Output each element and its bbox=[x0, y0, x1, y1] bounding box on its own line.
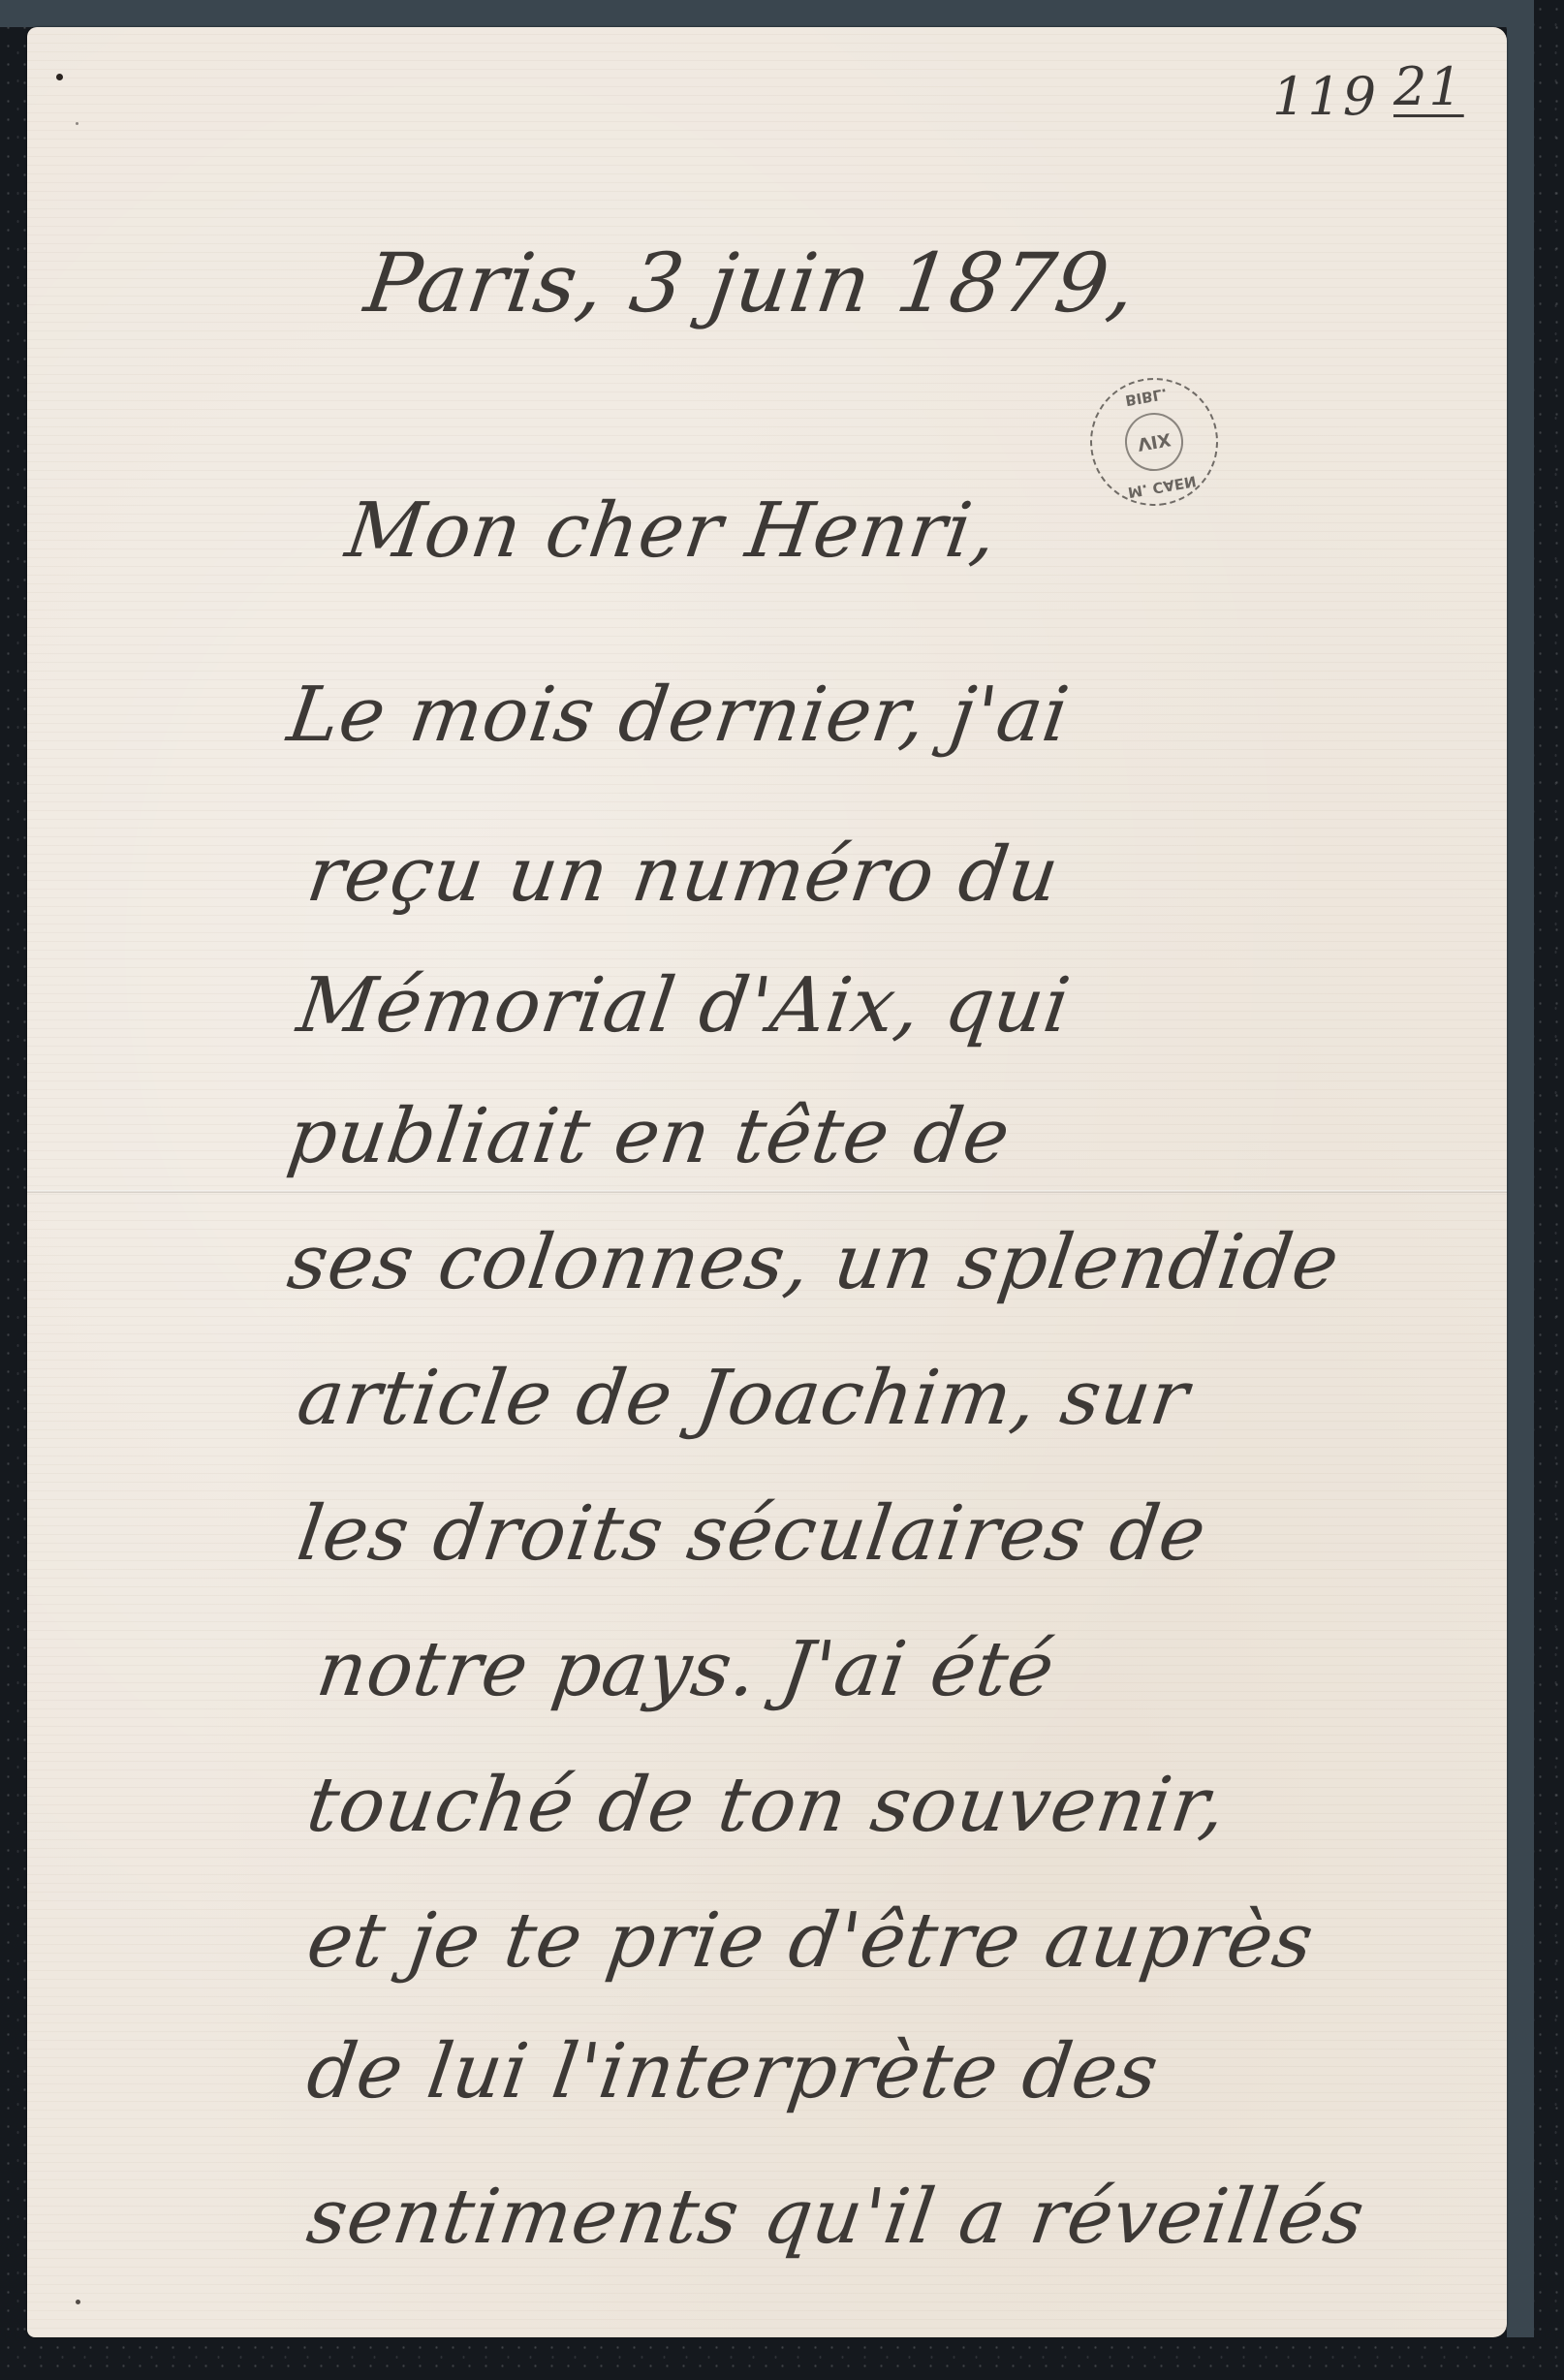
fold-crease bbox=[27, 1190, 1507, 1193]
letter-line: touché de ton souvenir, bbox=[302, 1762, 1232, 1849]
stamp-center: XIV bbox=[1120, 408, 1188, 476]
letter-line: ses colonnes, un splendide bbox=[283, 1219, 1345, 1306]
letter-line: publiait en tête de bbox=[283, 1093, 1016, 1180]
ink-speck bbox=[76, 2300, 80, 2304]
ink-speck bbox=[56, 74, 63, 80]
letter-line: article de Joachim, sur bbox=[293, 1355, 1195, 1442]
letter-sheet: 119 21 M. CAEN XIV BIBL. Paris, 3 juin 1… bbox=[27, 27, 1507, 2337]
letter-line: sentiments qu'il a réveillés bbox=[302, 2174, 1370, 2261]
mount-strip-right bbox=[1507, 0, 1534, 2337]
letter-salutation: Mon cher Henri, bbox=[341, 487, 1003, 575]
ink-speck bbox=[76, 122, 78, 125]
library-stamp: M. CAEN XIV BIBL. bbox=[1080, 368, 1229, 517]
mount-strip-top bbox=[0, 0, 1531, 27]
folio-number-right: 21 bbox=[1393, 56, 1464, 117]
letter-line: les droits séculaires de bbox=[293, 1490, 1212, 1578]
letter-line: et je te prie d'être auprès bbox=[302, 1897, 1320, 1985]
stamp-top-text: M. CAEN bbox=[1100, 467, 1225, 506]
letter-dateline: Paris, 3 juin 1879, bbox=[360, 235, 1142, 330]
folio-number-left: 119 bbox=[1272, 66, 1378, 127]
letter-line: Le mois dernier, j'ai bbox=[283, 672, 1075, 759]
letter-line: Mémorial d'Aix, qui bbox=[293, 962, 1076, 1049]
stamp-center-text: XIV bbox=[1136, 429, 1173, 455]
letter-line: reçu un numéro du bbox=[302, 831, 1065, 919]
letter-line: de lui l'interprète des bbox=[302, 2028, 1165, 2115]
letter-line: notre pays. J'ai été bbox=[312, 1626, 1060, 1713]
stamp-bottom-text: BIBL. bbox=[1083, 378, 1208, 417]
